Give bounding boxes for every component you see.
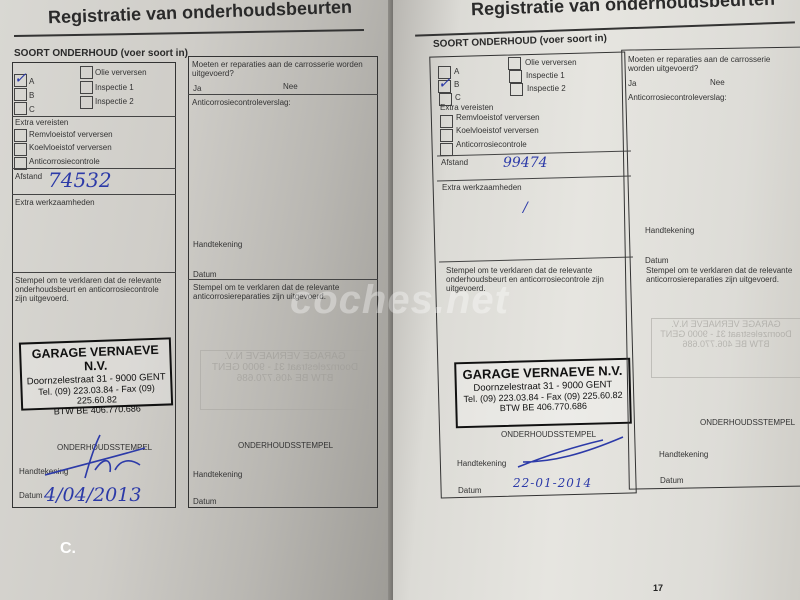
type-c-label: C [455, 93, 461, 102]
type-a-label: A [454, 67, 459, 76]
check-mark: ✓ [438, 74, 451, 92]
verslag-label: Anticorrosiecontroleverslag: [628, 93, 727, 102]
nee-label[interactable]: Nee [710, 78, 725, 87]
stempel-note: Stempel om te verklaren dat de relevante… [15, 276, 165, 304]
checkbox-inspectie2[interactable] [80, 96, 93, 109]
type-b-label: B [454, 80, 459, 89]
repair-handtekening-label: Handtekening [645, 226, 694, 235]
checkbox-remvloeistof[interactable] [14, 129, 27, 142]
repair-handtekening2-label: Handtekening [193, 470, 242, 479]
page-title: Registratie van onderhoudsbeurten [48, 0, 353, 28]
afstand-value: 74532 [48, 168, 112, 192]
repair-onderhoudsstempel-label: ONDERHOUDSSTEMPEL [238, 441, 333, 450]
garage-stamp: GARAGE VERNAEVE N.V. Doornzelestraat 31 … [454, 358, 632, 429]
repair-datum-label: Datum [645, 256, 669, 265]
carrosserie-question: Moeten er reparaties aan de carrosserie … [192, 60, 372, 78]
datum-value: 4/04/2013 [44, 484, 141, 506]
repair-datum2-label: Datum [193, 497, 217, 506]
type-c-label: C [29, 105, 35, 114]
checkbox-koelvloeistof[interactable] [440, 129, 453, 142]
repair-handtekening2-label: Handtekening [659, 450, 708, 459]
koelvloeistof-label: Koelvloeistof verversen [29, 143, 112, 152]
page-number: 17 [653, 583, 663, 593]
repair-onderhoudsstempel-label: ONDERHOUDSSTEMPEL [700, 418, 795, 427]
ghost-stamp-address: Doornzelestraat 31 - 9000 GENT [201, 362, 369, 373]
ghost-stamp-name: GARAGE VERNAEVE N.V. [201, 351, 369, 362]
checkbox-remvloeistof[interactable] [440, 115, 453, 128]
ghost-stamp-address: Doornzelestraat 31 - 9000 GENT [652, 329, 800, 339]
checkbox-type-b[interactable] [14, 88, 27, 101]
divider [12, 116, 176, 117]
verslag-label: Anticorrosiecontroleverslag: [192, 98, 291, 107]
extra-werk-label: Extra werkzaamheden [442, 183, 522, 192]
checkbox-olie[interactable] [508, 57, 521, 70]
ghost-stamp-vat: BTW BE 406.770.686 [201, 373, 369, 384]
checkbox-inspectie2[interactable] [510, 83, 523, 96]
signature [513, 432, 633, 472]
ghost-stamp-vat: BTW BE 406.770.686 [652, 339, 800, 349]
anticorrosie-label: Anticorrosiecontrole [456, 140, 527, 149]
ghost-stamp: GARAGE VERNAEVE N.V. Doornzelestraat 31 … [200, 350, 370, 410]
ghost-stamp-name: GARAGE VERNAEVE N.V. [652, 319, 800, 329]
divider [12, 194, 176, 195]
title-underline [14, 29, 364, 37]
extra-werk-mark: / [523, 200, 528, 216]
checkbox-olie[interactable] [80, 66, 93, 79]
signature [40, 430, 150, 485]
section-label: SOORT ONDERHOUD (voer soort in) [433, 33, 607, 50]
extra-werk-label: Extra werkzaamheden [15, 198, 95, 207]
ghost-stamp: GARAGE VERNAEVE N.V. Doornzelestraat 31 … [651, 318, 800, 378]
checkbox-koelvloeistof[interactable] [14, 143, 27, 156]
checkbox-type-c[interactable] [14, 102, 27, 115]
checkbox-inspectie1[interactable] [80, 81, 93, 94]
datum-label: Datum [458, 486, 482, 495]
datum-label: Datum [19, 491, 43, 500]
inspectie1-label: Inspectie 1 [526, 71, 565, 80]
ja-label[interactable]: Ja [193, 84, 201, 93]
afstand-label: Afstand [15, 172, 42, 181]
type-a-label: A [29, 77, 34, 86]
remvloeistof-label: Remvloeistof verversen [29, 130, 113, 139]
page-title: Registratie van onderhoudsbeurten [471, 0, 776, 20]
extra-vereisten-label: Extra vereisten [440, 103, 493, 112]
afstand-label: Afstand [441, 158, 468, 167]
checkbox-anticorrosie[interactable] [440, 143, 453, 156]
repair-datum2-label: Datum [660, 476, 684, 485]
repair-datum-label: Datum [193, 270, 217, 279]
anticorrosie-label: Anticorrosiecontrole [29, 157, 100, 166]
stempel-repair-note: Stempel om te verklaren dat de relevante… [646, 266, 800, 284]
check-mark: ✓ [14, 69, 27, 87]
koelvloeistof-label: Koelvloeistof verversen [456, 126, 539, 135]
ja-label[interactable]: Ja [628, 79, 636, 88]
repair-handtekening-label: Handtekening [193, 240, 242, 249]
nee-label[interactable]: Nee [283, 82, 298, 91]
inspectie2-label: Inspectie 2 [95, 97, 134, 106]
olie-label: Olie verversen [525, 58, 577, 67]
inspectie1-label: Inspectie 1 [95, 83, 134, 92]
divider [12, 272, 176, 273]
extra-vereisten-label: Extra vereisten [15, 118, 68, 127]
section-label: SOORT ONDERHOUD (voer soort in) [14, 48, 188, 59]
corner-letter: C. [60, 540, 76, 558]
afstand-value: 99474 [503, 155, 548, 171]
handtekening-label: Handtekening [457, 459, 506, 468]
datum-value: 22-01-2014 [513, 476, 592, 490]
divider [188, 94, 378, 95]
checkbox-inspectie1[interactable] [509, 70, 522, 83]
inspectie2-label: Inspectie 2 [527, 84, 566, 93]
garage-stamp: GARAGE VERNAEVE N.V. Doornzelestraat 31 … [19, 337, 173, 410]
watermark: coches.net [290, 278, 509, 323]
olie-label: Olie verversen [95, 68, 147, 77]
type-b-label: B [29, 91, 34, 100]
carrosserie-question: Moeten er reparaties aan de carrosserie … [628, 55, 798, 73]
stamp-name: GARAGE VERNAEVE N.V. [21, 342, 170, 375]
remvloeistof-label: Remvloeistof verversen [456, 113, 540, 122]
